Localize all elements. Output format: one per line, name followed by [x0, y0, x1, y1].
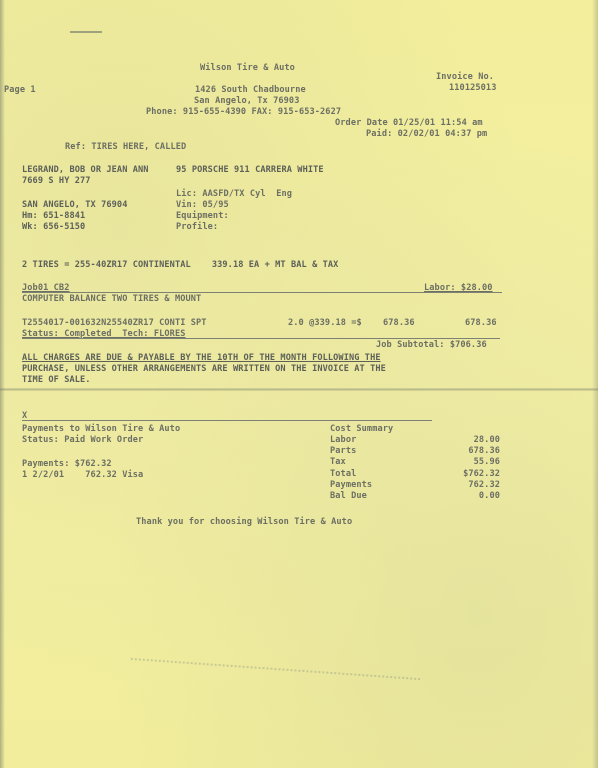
terms-line3: TIME OF SALE. [22, 375, 91, 386]
vehicle-profile: Profile: [176, 222, 218, 233]
customer-work-phone: Wk: 656-5150 [22, 222, 85, 233]
line-item-qty-price: 2.0 @339.18 =$ [288, 318, 362, 329]
customer-street: 7669 S HY 277 [22, 176, 91, 187]
page-number: Page 1 [4, 85, 36, 96]
cost-summary-title: Cost Summary [330, 424, 393, 435]
cost-value-parts: 678.36 [430, 446, 500, 457]
payment-entry: 1 2/2/01 762.32 Visa [22, 470, 143, 481]
job-labor: Labor: $28.00 [424, 283, 493, 294]
terms-line2: PURCHASE, UNLESS OTHER ARRANGEMENTS ARE … [22, 364, 386, 375]
terms-line1: ALL CHARGES ARE DUE & PAYABLE BY THE 10T… [22, 353, 381, 364]
paid-date: Paid: 02/02/01 04:37 pm [366, 129, 487, 140]
address-line2: San Angelo, Tx 76903 [194, 96, 299, 107]
cost-value-tax: 55.96 [430, 457, 500, 468]
line-item-part: T2554017-001632N25540ZR17 CONTI SPT [22, 318, 207, 329]
customer-name: LEGRAND, BOB OR JEAN ANN [22, 165, 149, 176]
order-date: Order Date 01/25/01 11:54 am [335, 118, 483, 129]
order-note: 2 TIRES = 255-40ZR17 CONTINENTAL 339.18 … [22, 260, 338, 271]
cost-label-labor: Labor [330, 435, 356, 446]
staple-mark [70, 31, 102, 33]
job-description: COMPUTER BALANCE TWO TIRES & MOUNT [22, 294, 201, 305]
vehicle-vin: Vin: 05/95 [176, 200, 229, 211]
job-subtotal: Job Subtotal: $706.36 [376, 340, 487, 351]
status-rule [22, 338, 500, 339]
line-item-total: 678.36 [465, 318, 497, 329]
paper-fold [0, 388, 598, 391]
payments-status: Status: Paid Work Order [22, 435, 143, 446]
customer-home-phone: Hm: 651-8841 [22, 211, 85, 222]
cost-value-bal-due: 0.00 [430, 491, 500, 502]
customer-city: SAN ANGELO, TX 76904 [22, 200, 127, 211]
signature-line [22, 420, 432, 421]
invoice-label: Invoice No. [436, 72, 494, 83]
address-line1: 1426 South Chadbourne [195, 85, 306, 96]
cost-label-parts: Parts [330, 446, 356, 457]
thank-you-note: Thank you for choosing Wilson Tire & Aut… [136, 517, 352, 528]
pencil-smudge [130, 658, 420, 694]
cost-value-payments: 762.32 [430, 480, 500, 491]
company-name: Wilson Tire & Auto [200, 63, 295, 74]
vehicle-license: Lic: AASFD/TX Cyl Eng [176, 189, 292, 200]
cost-value-total: $762.32 [430, 469, 500, 480]
payments-summary: Payments: $762.32 [22, 459, 112, 470]
cost-label-total: Total [330, 469, 356, 480]
vehicle-equipment: Equipment: [176, 211, 229, 222]
reference-note: Ref: TIRES HERE, CALLED [65, 142, 186, 153]
cost-label-tax: Tax [330, 457, 346, 468]
phone-fax: Phone: 915-655-4390 FAX: 915-653-2627 [146, 107, 341, 118]
cost-value-labor: 28.00 [430, 435, 500, 446]
cost-label-bal-due: Bal Due [330, 491, 367, 502]
scan-edge-right [592, 0, 598, 768]
cost-label-payments: Payments [330, 480, 372, 491]
line-item-extended: 678.36 [383, 318, 415, 329]
scan-edge-left [0, 0, 5, 768]
payments-title: Payments to Wilson Tire & Auto [22, 424, 180, 435]
vehicle-description: 95 PORSCHE 911 CARRERA WHITE [176, 165, 324, 176]
invoice-number: 110125013 [449, 83, 496, 94]
